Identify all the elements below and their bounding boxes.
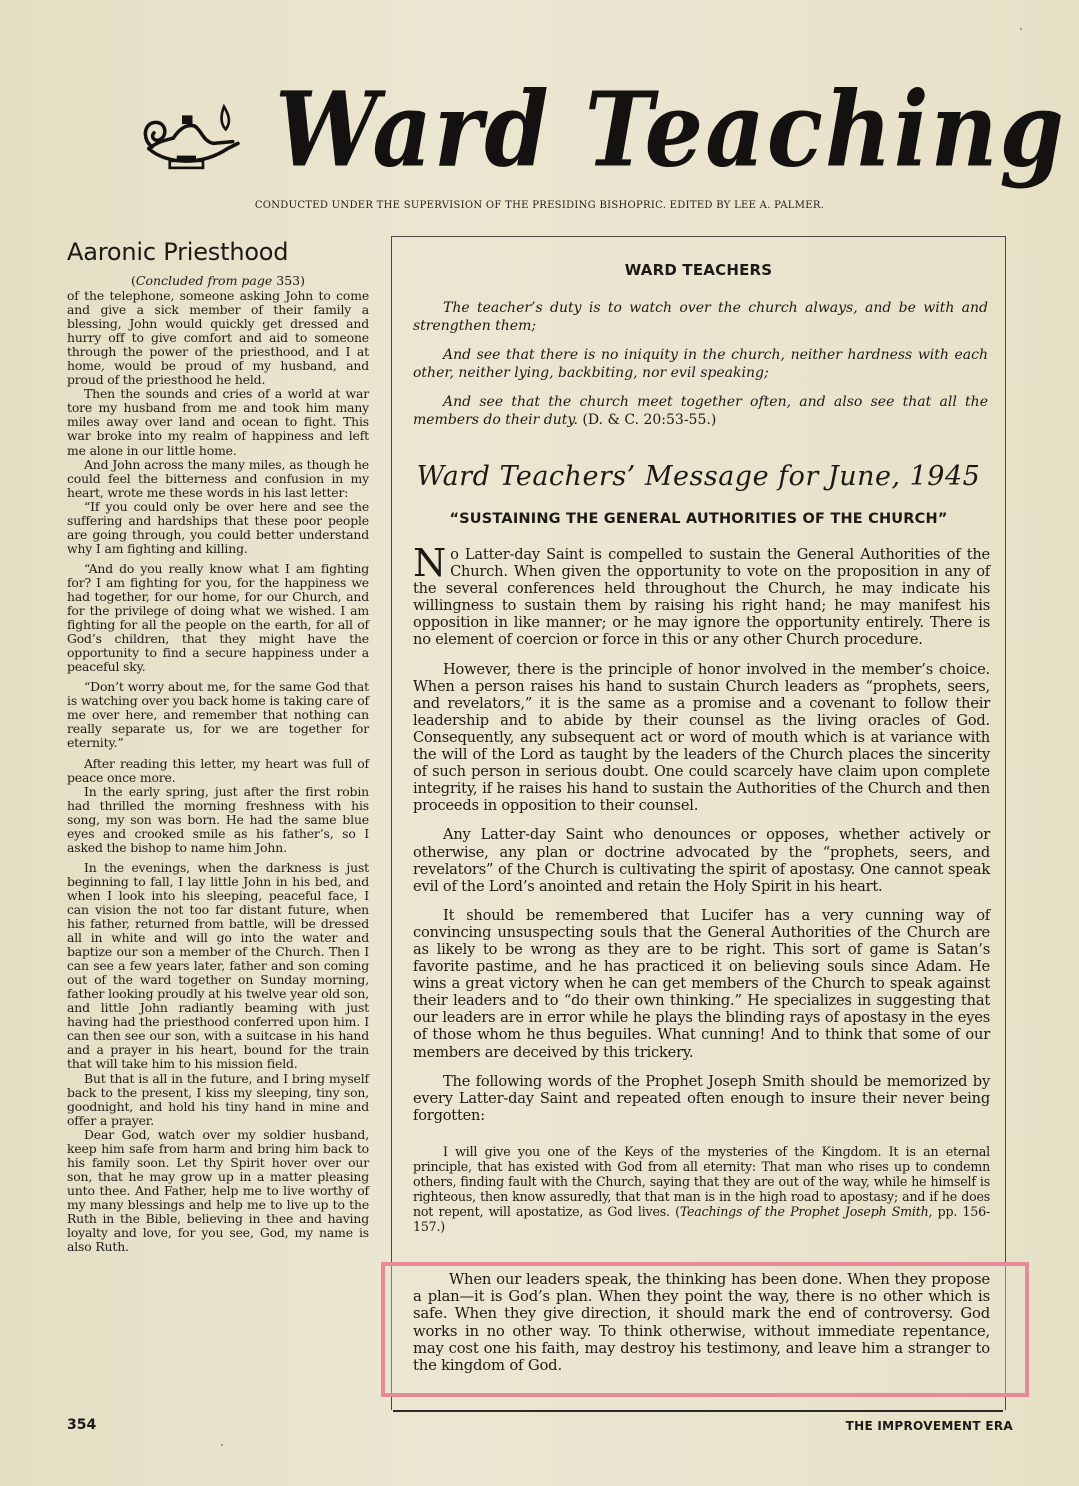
- masthead-subtitle: CONDUCTED UNDER THE SUPERVISION OF THE P…: [0, 200, 1079, 211]
- verse-reference: (D. & C. 20:53-55.): [582, 412, 716, 428]
- paragraph: In the early spring, just after the firs…: [67, 785, 369, 855]
- message-title: Ward Teachers’ Message for June, 1945: [392, 461, 1005, 492]
- page-number: 354: [67, 1417, 96, 1433]
- box-bottom-rule: [393, 1410, 1003, 1412]
- paragraph: No Latter-day Saint is compelled to sust…: [413, 546, 990, 649]
- paragraph: “Don’t worry about me, for the same God …: [67, 680, 369, 750]
- continued-note: (Concluded from page 353): [67, 274, 369, 288]
- paragraph: It should be remembered that Lucifer has…: [413, 907, 990, 1061]
- message-subtitle: “SUSTAINING THE GENERAL AUTHORITIES OF T…: [392, 511, 1005, 527]
- masthead-title: Ward Teaching: [275, 78, 1066, 181]
- block-quote: I will give you one of the Keys of the m…: [413, 1144, 990, 1235]
- highlighted-paragraph: When our leaders speak, the thinking has…: [413, 1271, 990, 1374]
- continued-italic: Concluded from page: [136, 273, 272, 288]
- paragraph: Any Latter-day Saint who denounces or op…: [413, 826, 990, 894]
- paper-speck: [221, 1444, 223, 1446]
- drop-cap: N: [413, 548, 446, 578]
- verse: And see that the church meet together of…: [413, 393, 988, 429]
- paper-speck: [718, 1150, 720, 1152]
- paragraph: But that is all in the future, and I bri…: [67, 1072, 369, 1128]
- article-heading: Aaronic Priesthood: [67, 236, 369, 268]
- publication-name: THE IMPROVEMENT ERA: [846, 1419, 1013, 1433]
- paragraph: “If you could only be over here and see …: [67, 500, 369, 556]
- paragraph: And John across the many miles, as thoug…: [67, 458, 369, 500]
- paragraph: of the telephone, someone asking John to…: [67, 289, 369, 387]
- paragraph-text: o Latter-day Saint is compelled to susta…: [413, 546, 990, 648]
- message-body: No Latter-day Saint is compelled to sust…: [413, 546, 990, 1246]
- left-column: Aaronic Priesthood (Concluded from page …: [67, 236, 369, 1254]
- paragraph: However, there is the principle of honor…: [413, 661, 990, 815]
- paragraph: “And do you really know what I am fighti…: [67, 562, 369, 674]
- quote-source: Teachings of the Prophet Joseph Smith,: [680, 1204, 932, 1219]
- verse: The teacher’s duty is to watch over the …: [413, 299, 988, 335]
- paragraph: Then the sounds and cries of a world at …: [67, 387, 369, 457]
- article-body: of the telephone, someone asking John to…: [67, 289, 369, 1254]
- paragraph: The following words of the Prophet Josep…: [413, 1073, 990, 1124]
- ward-teachers-heading: WARD TEACHERS: [392, 261, 1005, 279]
- paragraph: In the evenings, when the darkness is ju…: [67, 861, 369, 1072]
- oil-lamp-icon: [140, 103, 245, 175]
- paragraph: Dear God, watch over my soldier husband,…: [67, 1128, 369, 1254]
- paragraph: After reading this letter, my heart was …: [67, 757, 369, 785]
- paper-speck: [1020, 28, 1022, 30]
- scripture-verses: The teacher’s duty is to watch over the …: [413, 299, 988, 440]
- ward-teachers-box: WARD TEACHERS The teacher’s duty is to w…: [391, 236, 1006, 1410]
- verse: And see that there is no iniquity in the…: [413, 346, 988, 382]
- continued-page: 353): [272, 273, 305, 288]
